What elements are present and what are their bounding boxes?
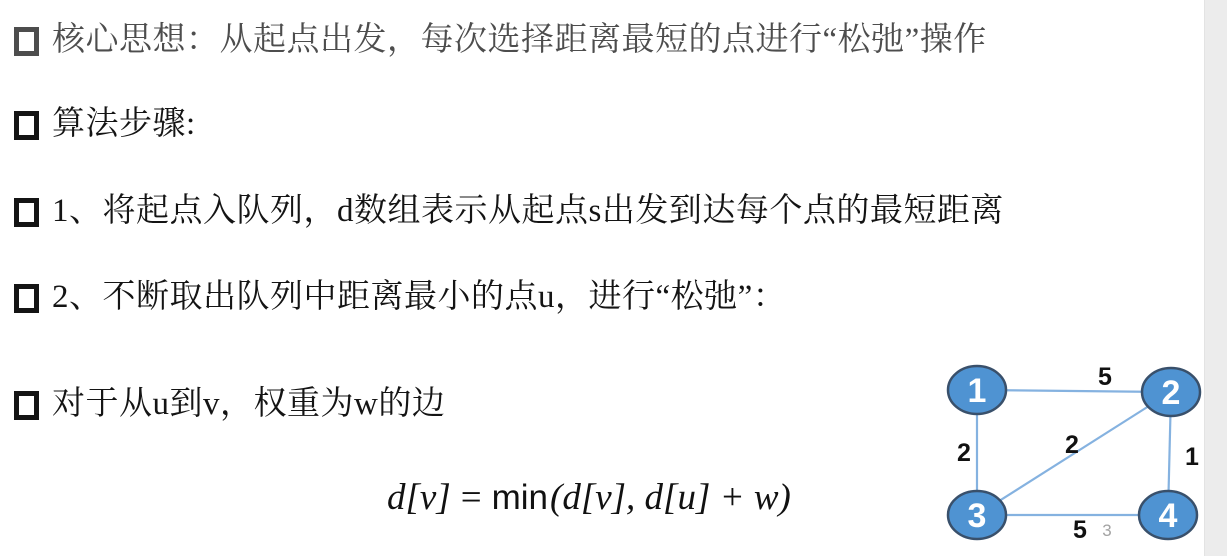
edge-weight-3-4: 5 [1073, 516, 1087, 544]
bullet-text: 算法步骤: [52, 102, 196, 146]
slide-canvas: 核心思想：从起点出发，每次选择距离最短的点进行“松弛”操作 算法步骤: 1、将起… [0, 0, 1227, 556]
graph-node-label-4: 4 [1159, 497, 1178, 535]
edge-weight-1-2: 5 [1098, 363, 1112, 391]
formula-arguments: (d[v], d[u] + w) [550, 477, 791, 518]
graph-node-label-1: 1 [968, 372, 987, 410]
formula-min-function: min [492, 478, 548, 517]
edge-weight-3-2: 2 [1065, 431, 1079, 459]
bullet-text: 1、将起点入队列，d数组表示从起点s出发到达每个点的最短距离 [52, 189, 1004, 233]
bullet-text: 核心思想：从起点出发，每次选择距离最短的点进行“松弛”操作 [52, 18, 987, 62]
bullet-item-core-idea: 核心思想：从起点出发，每次选择距离最短的点进行“松弛”操作 [14, 18, 987, 62]
square-bullet-icon [14, 27, 39, 56]
page-number: 3 [1102, 521, 1111, 540]
square-bullet-icon [14, 111, 39, 140]
relaxation-formula: d[v]=min(d[v], d[u] + w) [387, 472, 791, 524]
formula-lhs: d[v] [387, 477, 451, 518]
bullet-text: 2、不断取出队列中距离最小的点u，进行“松弛”： [52, 275, 786, 319]
square-bullet-icon [14, 391, 39, 420]
square-bullet-icon [14, 284, 39, 313]
square-bullet-icon [14, 198, 39, 227]
scroll-gutter[interactable] [1204, 0, 1227, 556]
formula-equals: = [461, 477, 482, 518]
bullet-item-edge-definition: 对于从u到v，权重为w的边 [14, 382, 445, 426]
graph-node-label-2: 2 [1162, 374, 1181, 412]
bullet-item-algorithm-steps: 算法步骤: [14, 102, 196, 146]
bullet-text: 对于从u到v，权重为w的边 [52, 382, 445, 426]
bullet-item-step-1: 1、将起点入队列，d数组表示从起点s出发到达每个点的最短距离 [14, 189, 1004, 233]
weighted-graph-diagram: 5 2 2 1 5 3 1 2 3 4 [920, 345, 1205, 556]
bullet-item-step-2: 2、不断取出队列中距离最小的点u，进行“松弛”： [14, 275, 786, 319]
graph-node-label-3: 3 [968, 497, 987, 535]
edge-weight-2-4: 1 [1185, 443, 1199, 471]
edge-weight-1-3: 2 [957, 439, 971, 467]
